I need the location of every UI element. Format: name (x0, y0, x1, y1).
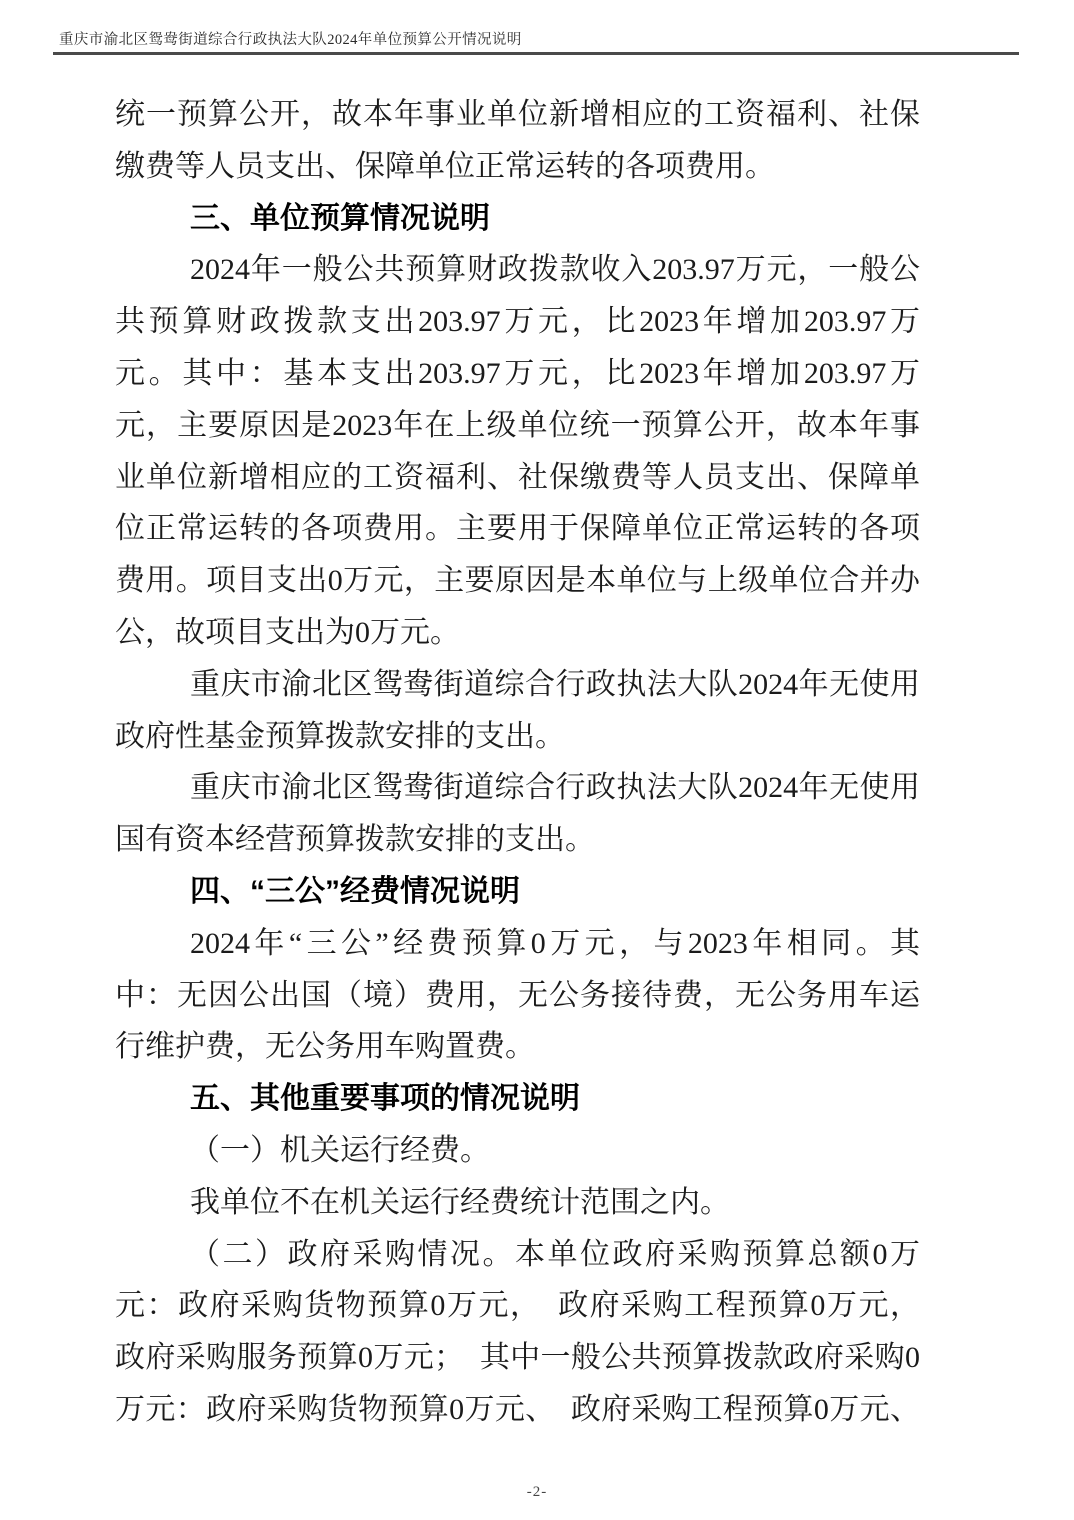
document-line: 政府采购服务预算0万元； 其中一般公共预算拨款政府采购0 (115, 1332, 920, 1384)
section-heading: 四、“三公”经费情况说明 (115, 866, 920, 918)
document-line: 公，故项目支出为0万元。 (115, 607, 920, 659)
document-line: 缴费等人员支出、保障单位正常运转的各项费用。 (115, 141, 920, 193)
document-line: 中：无因公出国（境）费用，无公务接待费，无公务用车运 (115, 970, 920, 1022)
document-line: （一）机关运行经费。 (115, 1125, 920, 1177)
page-footer: -2- (0, 1483, 1074, 1501)
document-line: 共预算财政拨款支出203.97万元，比2023年增加203.97万 (115, 296, 920, 348)
document-line: 2024年一般公共预算财政拨款收入203.97万元，一般公 (115, 244, 920, 296)
document-line: 重庆市渝北区鸳鸯街道综合行政执法大队2024年无使用 (115, 659, 920, 711)
header-title: 重庆市渝北区鸳鸯街道综合行政执法大队2024年单位预算公开情况说明 (59, 31, 522, 49)
document-line: 万元：政府采购货物预算0万元、 政府采购工程预算0万元、 (115, 1384, 920, 1436)
document-body: 统一预算公开，故本年事业单位新增相应的工资福利、社保缴费等人员支出、保障单位正常… (115, 89, 920, 1436)
document-line: 行维护费，无公务用车购置费。 (115, 1021, 920, 1073)
document-line: 2024年“三公”经费预算0万元，与2023年相同。其 (115, 918, 920, 970)
document-page: 重庆市渝北区鸳鸯街道综合行政执法大队2024年单位预算公开情况说明 统一预算公开… (0, 0, 1074, 1520)
page-number: -2- (527, 1484, 548, 1500)
document-line: 重庆市渝北区鸳鸯街道综合行政执法大队2024年无使用 (115, 762, 920, 814)
document-line: 国有资本经营预算拨款安排的支出。 (115, 814, 920, 866)
document-line: 元。其中：基本支出203.97万元，比2023年增加203.97万 (115, 348, 920, 400)
document-line: 政府性基金预算拨款安排的支出。 (115, 711, 920, 763)
document-line: 费用。项目支出0万元，主要原因是本单位与上级单位合并办 (115, 555, 920, 607)
document-line: 业单位新增相应的工资福利、社保缴费等人员支出、保障单 (115, 452, 920, 504)
document-line: 统一预算公开，故本年事业单位新增相应的工资福利、社保 (115, 89, 920, 141)
document-line: 我单位不在机关运行经费统计范围之内。 (115, 1177, 920, 1229)
section-heading: 三、单位预算情况说明 (115, 193, 920, 245)
section-heading: 五、其他重要事项的情况说明 (115, 1073, 920, 1125)
header-divider (53, 52, 1019, 55)
document-line: 位正常运转的各项费用。主要用于保障单位正常运转的各项 (115, 503, 920, 555)
document-line: 元，主要原因是2023年在上级单位统一预算公开，故本年事 (115, 400, 920, 452)
document-line: 元：政府采购货物预算0万元， 政府采购工程预算0万元， (115, 1280, 920, 1332)
document-line: （二）政府采购情况。本单位政府采购预算总额0万 (115, 1229, 920, 1281)
